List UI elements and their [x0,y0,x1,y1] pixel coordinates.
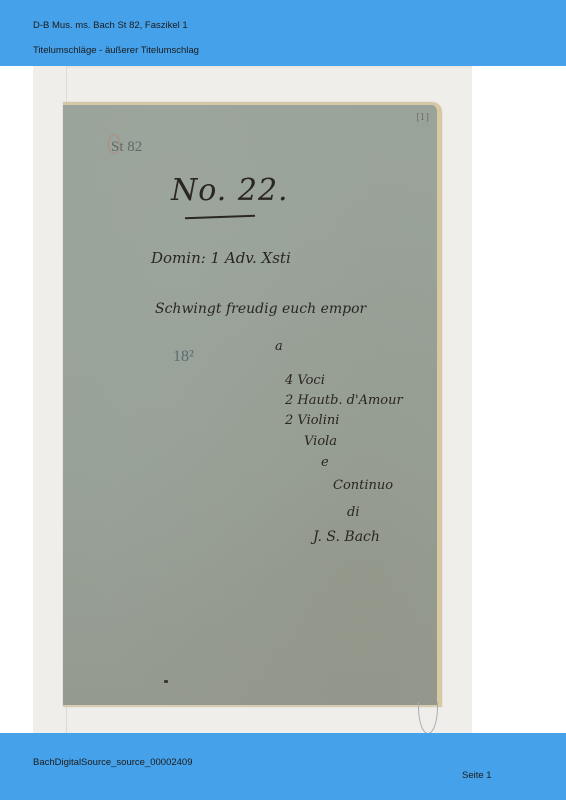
source-identifier: BachDigitalSource_source_00002409 [33,757,193,768]
binding-string [418,702,438,734]
shelfmark-title: D-B Mus. ms. Bach St 82, Faszikel 1 [33,20,188,31]
scoring-viola: Viola [304,434,337,449]
page-header: D-B Mus. ms. Bach St 82, Faszikel 1 Tite… [0,0,566,66]
cantata-title: Schwingt freudig euch empor [155,301,366,317]
pencil-number: 18² [173,348,194,366]
scoring-oboes: 2 Hautb. d'Amour [285,393,403,408]
scoring-voices: 4 Voci [285,373,325,388]
folio-mark: [1] [416,113,429,123]
page-number: Seite 1 [462,770,492,781]
section-subtitle: Titelumschläge - äußerer Titelumschlag [33,45,199,56]
title-wrapper-paper: [1] St 82 No. 22. Domin: 1 Adv. Xsti Sch… [63,102,442,707]
pencil-signature: St 82 [111,139,142,156]
ink-speck [164,680,168,683]
number-underline [185,215,255,219]
page-footer: BachDigitalSource_source_00002409 Seite … [0,733,566,800]
scoring-a: a [275,339,283,354]
scoring-continuo: Continuo [333,478,393,493]
manuscript-scan: [1] St 82 No. 22. Domin: 1 Adv. Xsti Sch… [33,66,472,733]
composer-di: di [347,505,359,520]
cantata-number: No. 22. [171,173,289,208]
mount-edge [67,66,472,68]
liturgical-occasion: Domin: 1 Adv. Xsti [151,249,291,267]
scoring-violins: 2 Violini [285,413,339,428]
composer-name: J. S. Bach [313,529,380,545]
red-ink-trace [108,134,120,154]
scoring-e: e [321,455,329,470]
